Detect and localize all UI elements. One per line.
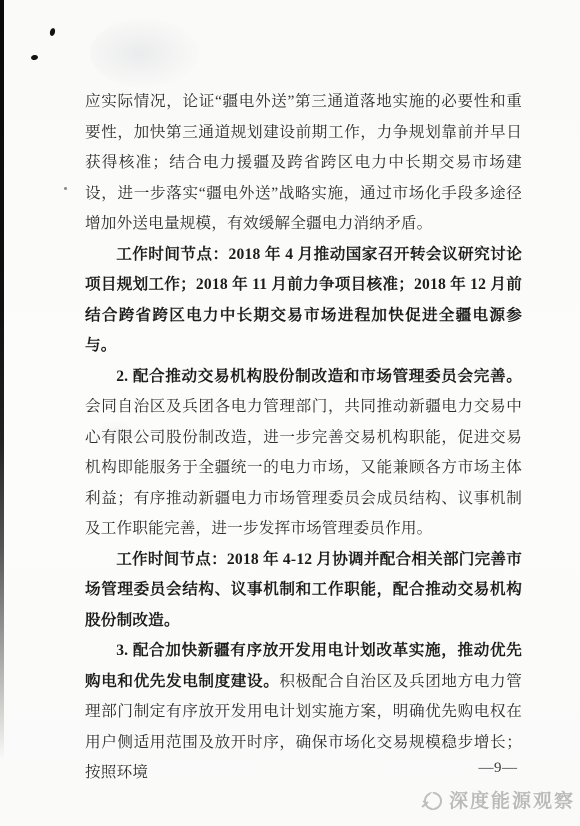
paragraph-3: 2. 配合推动交易机构股份制改造和市场管理委员会完善。会同自治区及兵团各电力管理… [85, 362, 522, 545]
paragraph-4: 工作时间节点：2018 年 4-12 月协调并配合相关部门完善市场管理委员会结构… [85, 545, 522, 637]
paragraph-5: 3. 配合加快新疆有序放开发用电计划改革实施，推动优先购电和优先发电制度建设。积… [85, 636, 522, 789]
scan-edge-shadow [0, 0, 4, 760]
watermark-text: 深度能源观察 [449, 786, 575, 813]
page-number: —9— [468, 760, 528, 777]
watermark-logo-icon [420, 787, 444, 813]
body-text: 应实际情况，论证“疆电外送”第三通道落地实施的必要性和重要性，加快第三通道规划建… [85, 87, 522, 789]
bold-segment: 工作时间节点：2018 年 4-12 月协调并配合相关部门完善市场管理委员会结构… [85, 551, 522, 629]
paragraph-1: 应实际情况，论证“疆电外送”第三通道落地实施的必要性和重要性，加快第三通道规划建… [85, 87, 522, 240]
paragraph-2: 工作时间节点：2018 年 4 月推动国家召开转会议研究讨论项目规划工作；201… [85, 240, 522, 362]
text-segment: 应实际情况，论证“疆电外送”第三通道落地实施的必要性和重要性，加快第三通道规划建… [85, 93, 522, 232]
text-segment: 会同自治区及兵团各电力管理部门，共同推动新疆电力交易中心有限公司股份制改造，进一… [85, 398, 522, 537]
watermark: 深度能源观察 [420, 786, 575, 813]
ink-speck [49, 28, 56, 37]
bold-segment: 工作时间节点：2018 年 4 月推动国家召开转会议研究讨论项目规划工作；201… [85, 246, 522, 355]
scan-smudge [90, 18, 200, 88]
document-page: 应实际情况，论证“疆电外送”第三通道落地实施的必要性和重要性，加快第三通道规划建… [0, 0, 580, 826]
ink-speck [31, 55, 39, 61]
bold-segment: 2. 配合推动交易机构股份制改造和市场管理委员会完善。 [116, 368, 522, 385]
ink-speck [64, 187, 67, 190]
